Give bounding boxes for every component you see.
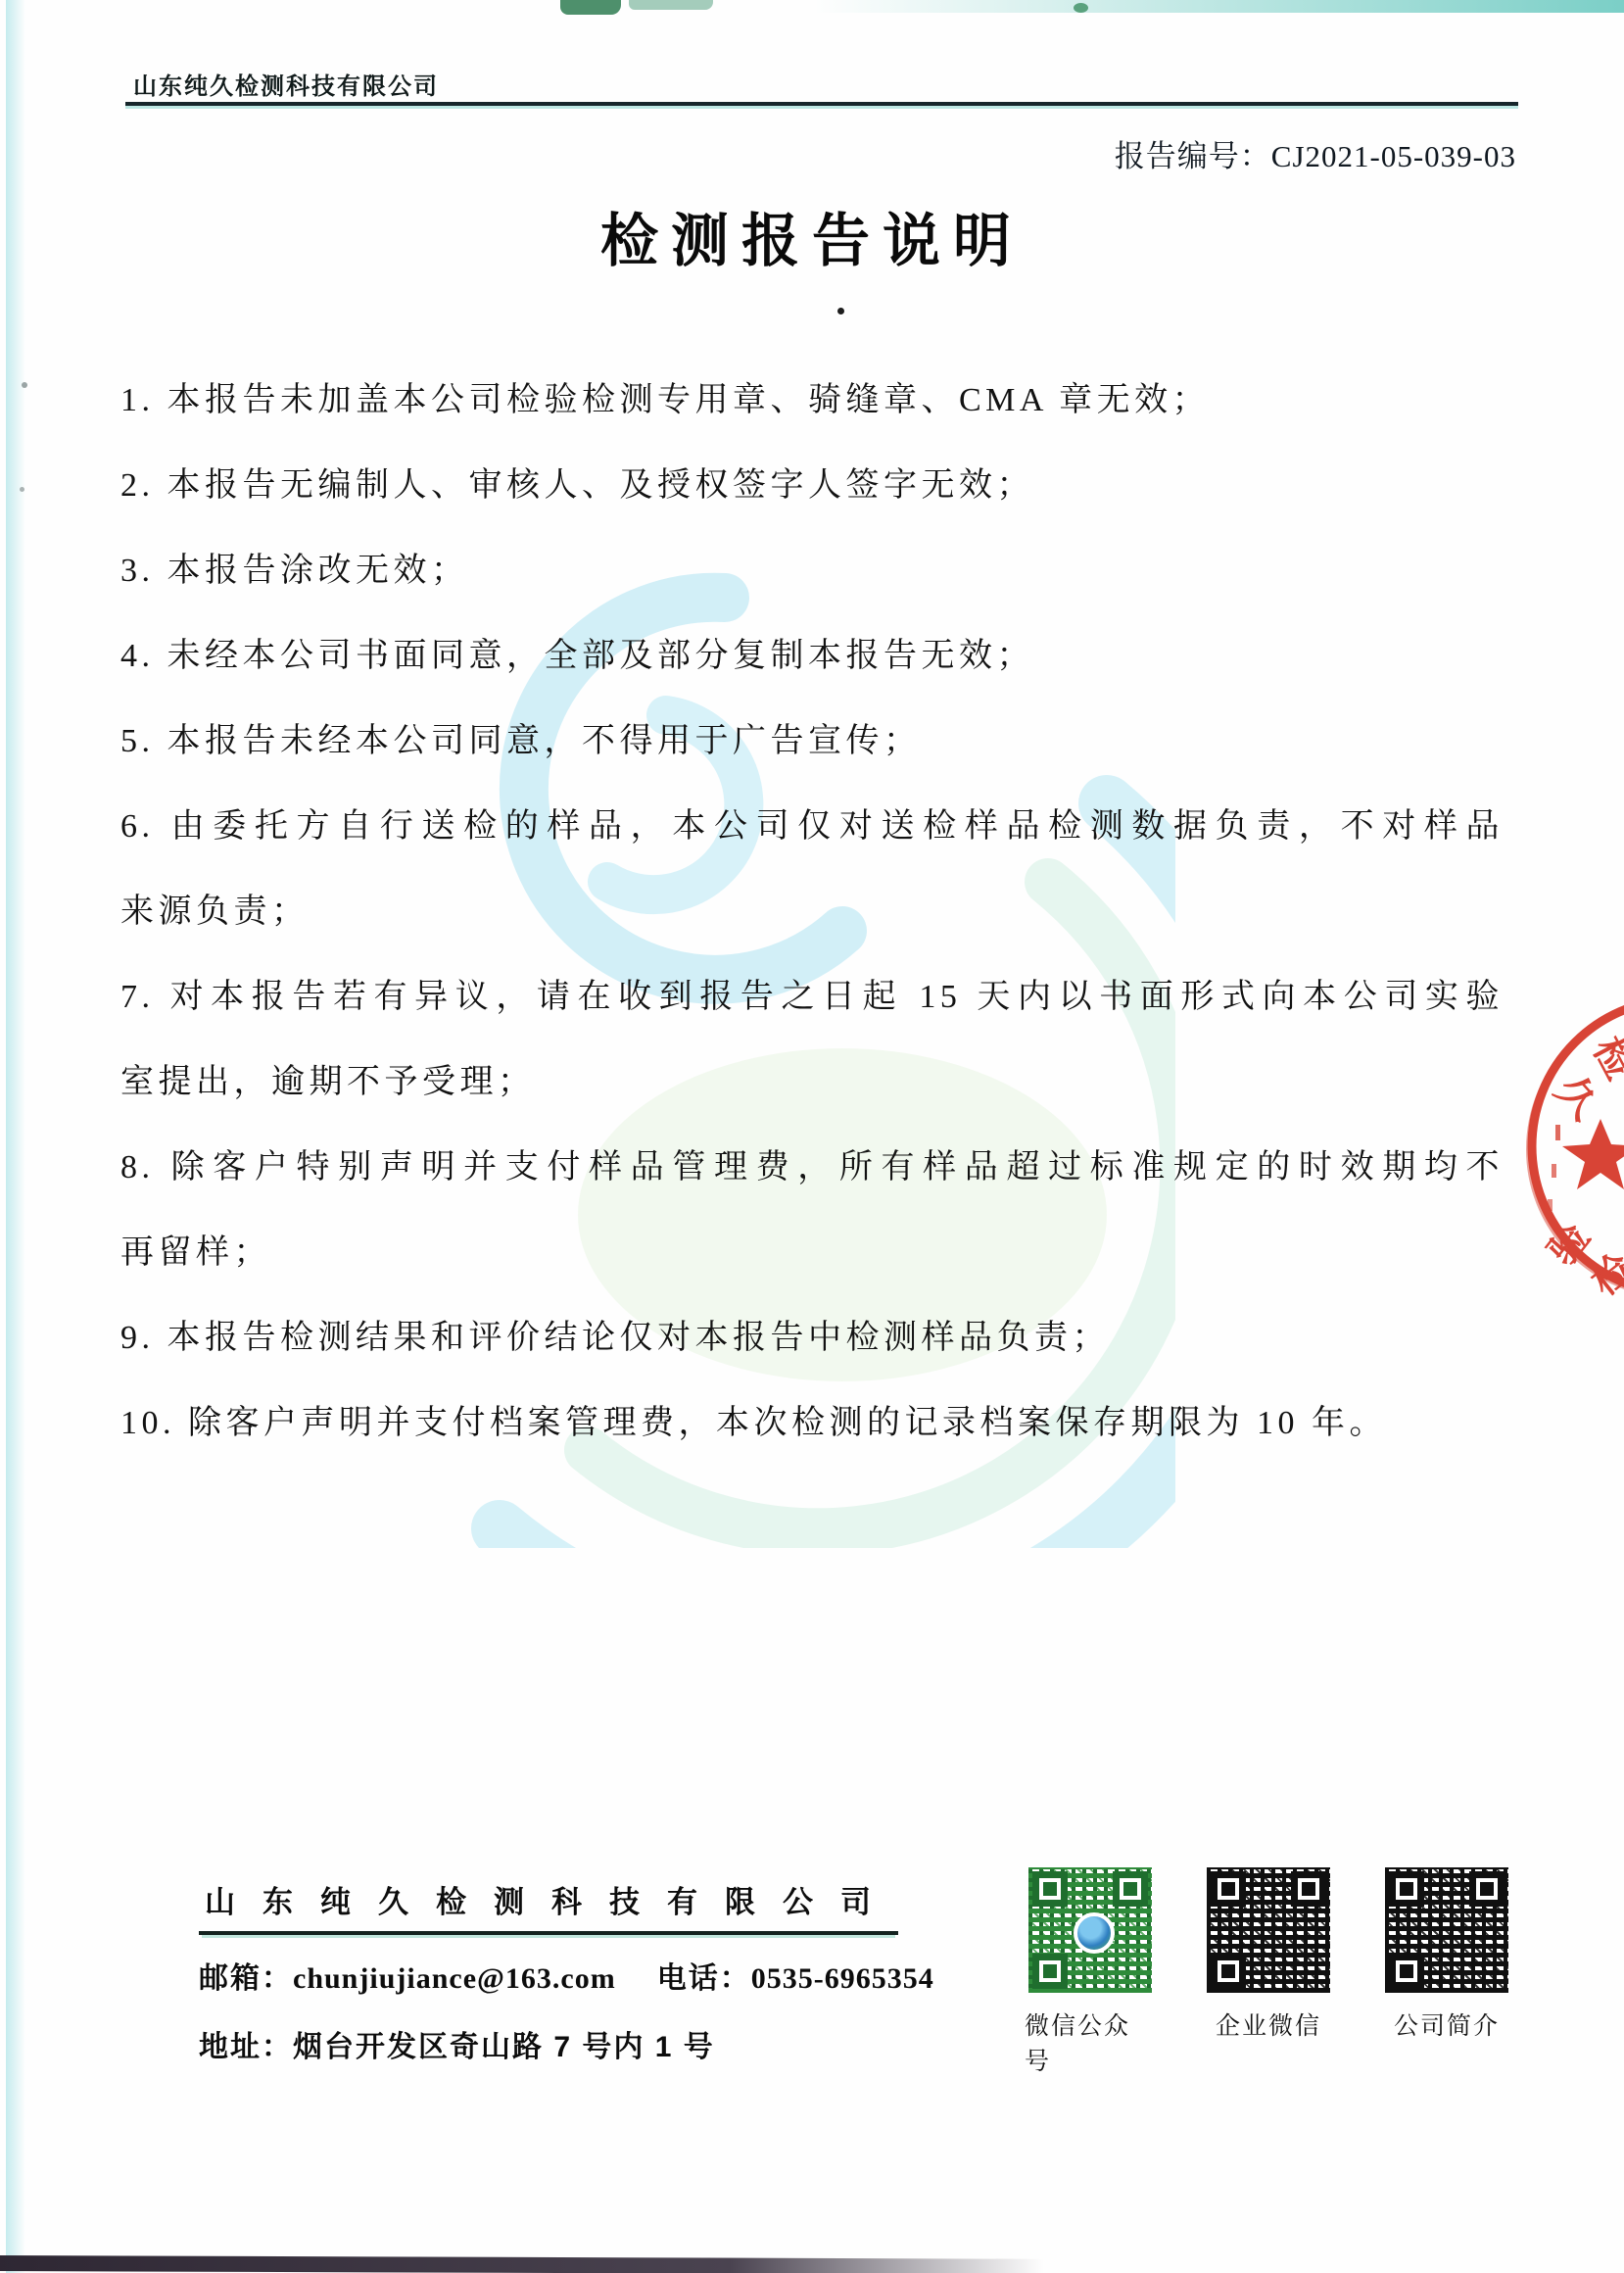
stamp-star	[1562, 1119, 1624, 1189]
qr-item-company-profile: 公司简介	[1381, 1867, 1512, 2077]
footer-company-name: 山东纯久检测科技有限公司	[199, 1877, 898, 1935]
address-value: 烟台开发区奇山路 7 号内 1 号	[293, 2031, 715, 2063]
ink-dot	[22, 382, 27, 388]
qr-label: 公司简介	[1394, 2007, 1500, 2042]
notice-line: 3. 本报告涂改无效；	[120, 543, 1504, 628]
qr-item-enterprise-wechat: 企业微信	[1203, 1867, 1334, 2077]
qr-label: 企业微信	[1216, 2007, 1321, 2042]
notice-line: 再留样；	[120, 1225, 1504, 1310]
scan-speck	[1074, 3, 1088, 13]
notice-line: 5. 本报告未经本公司同意，不得用于广告宣传；	[120, 713, 1504, 798]
email-value: chunjiujiance@163.com	[293, 1962, 616, 1995]
enterprise-wechat-qr-code	[1207, 1867, 1330, 1993]
footer-address-line: 地址：烟台开发区奇山路 7 号内 1 号	[199, 2022, 715, 2065]
notice-line: 2. 本报告无编制人、审核人、及授权签字人签字无效；	[120, 458, 1504, 543]
qr-center-logo-icon	[1074, 1912, 1115, 1954]
scan-top-band	[813, 0, 1624, 13]
ink-dot	[20, 487, 24, 492]
qr-finder-icon	[1389, 1871, 1424, 1907]
scan-smudge	[560, 0, 621, 15]
notice-line: 来源负责；	[120, 884, 1504, 969]
qr-label: 微信公众号	[1025, 2007, 1156, 2077]
report-number-line: 报告编号：CJ2021-05-039-03	[0, 131, 1516, 175]
email-label: 邮箱：	[199, 1962, 293, 1995]
notice-line: 8. 除客户特别声明并支付样品管理费，所有样品超过标准规定的时效期均不	[120, 1139, 1504, 1225]
company-profile-qr-code	[1385, 1867, 1508, 1993]
notice-line: 10. 除客户声明并支付档案管理费，本次检测的记录档案保存期限为 10 年。	[120, 1395, 1504, 1480]
notice-list: 1. 本报告未加盖本公司检验检测专用章、骑缝章、CMA 章无效；2. 本报告无编…	[120, 372, 1504, 1480]
qr-finder-icon	[1389, 1954, 1424, 1989]
scanned-report-page: 山东纯久检测科技有限公司 报告编号：CJ2021-05-039-03 检测报告说…	[0, 0, 1624, 2273]
notice-line: 9. 本报告检测结果和评价结论仅对本报告中检测样品负责；	[120, 1310, 1504, 1395]
phone-label: 电话：	[657, 1962, 751, 1995]
qr-finder-icon	[1032, 1871, 1068, 1907]
header-rule	[125, 102, 1518, 106]
address-label: 地址：	[199, 2031, 293, 2063]
scan-smudge	[629, 0, 713, 10]
header-company-name: 山东纯久检测科技有限公司	[133, 67, 439, 101]
scan-bottom-shadow	[0, 2255, 1044, 2273]
notice-line: 7. 对本报告若有异议，请在收到报告之日起 15 天内以书面形式向本公司实验	[120, 969, 1504, 1054]
qr-finder-icon	[1469, 1871, 1505, 1907]
notice-line: 室提出，逾期不予受理；	[120, 1054, 1504, 1139]
wechat-official-qr-code	[1028, 1867, 1152, 1993]
qr-finder-icon	[1211, 1954, 1246, 1989]
scan-edge-strip	[6, 0, 25, 2273]
qr-code-row: 微信公众号 企业微信 公司简介	[1025, 1867, 1512, 2077]
report-number-label: 报告编号：	[1115, 139, 1271, 173]
notice-line: 1. 本报告未加盖本公司检验检测专用章、骑缝章、CMA 章无效；	[120, 372, 1504, 458]
qr-finder-icon	[1291, 1871, 1326, 1907]
notice-line: 6. 由委托方自行送检的样品，本公司仅对送检样品检测数据负责，不对样品	[120, 798, 1504, 884]
qr-finder-icon	[1032, 1954, 1068, 1989]
qr-finder-icon	[1211, 1871, 1246, 1907]
qr-finder-icon	[1113, 1871, 1148, 1907]
qr-item-wechat-official: 微信公众号	[1025, 1867, 1156, 2077]
footer-contact-line: 邮箱：chunjiujiance@163.com电话：0535-6965354	[199, 1954, 934, 1997]
notice-line: 4. 未经本公司书面同意，全部及部分复制本报告无效；	[120, 628, 1504, 713]
page-title: 检测报告说明	[0, 194, 1624, 277]
phone-value: 0535-6965354	[751, 1962, 934, 1995]
red-seal-stamp: 久 检 验 检	[1477, 982, 1624, 1315]
report-number-value: CJ2021-05-039-03	[1271, 139, 1516, 173]
ink-dot	[837, 308, 844, 314]
stamp-char-lower-2: 检	[1583, 1246, 1624, 1304]
